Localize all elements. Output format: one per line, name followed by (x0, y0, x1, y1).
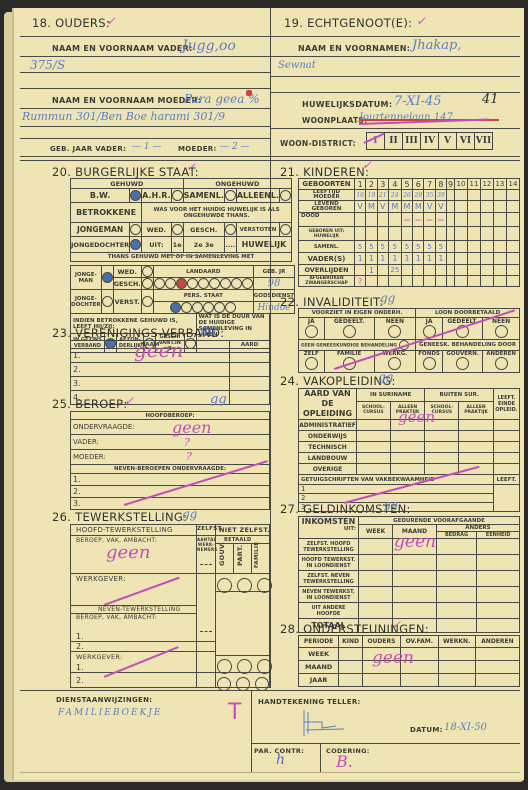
ov-fam-header: OV.FAM. (401, 636, 438, 648)
aard-cell[interactable] (230, 391, 270, 405)
vader-cell[interactable]: 1 (413, 253, 424, 265)
inkomst-cell[interactable] (393, 555, 437, 571)
opleiding-cell[interactable] (425, 442, 459, 453)
vader-cell[interactable]: 1 (355, 253, 366, 265)
levend-cell[interactable]: M (366, 201, 377, 213)
dood-cell[interactable]: — (424, 213, 435, 227)
neven-gouv-radio-1[interactable] (217, 659, 232, 674)
pers-staat-5[interactable] (214, 302, 225, 313)
woonplaats-label: WOONPLAATS: (302, 116, 367, 125)
col-9: 9 (447, 179, 455, 190)
inkomst-cell[interactable] (359, 555, 393, 571)
inkomst-cell[interactable] (477, 587, 520, 603)
col-7: 7 (424, 179, 435, 190)
gouvern-radio[interactable] (456, 357, 469, 370)
dienstaanwijzingen-label: DIENSTAANWIJZINGEN: (56, 696, 152, 704)
landaard-6[interactable] (209, 278, 220, 289)
dood-cell[interactable] (455, 213, 468, 227)
verstoten-radio[interactable] (280, 224, 291, 235)
leeftijd-cell[interactable] (467, 190, 480, 201)
samenl-cell[interactable] (480, 241, 493, 253)
aard-opleiding-label: AARD VAN DE OPLEIDING (299, 389, 357, 420)
levend-cell[interactable] (506, 201, 519, 213)
opleiding-cell[interactable] (459, 442, 494, 453)
neen-2-radio[interactable] (495, 325, 508, 338)
overlijden-cell[interactable] (424, 265, 435, 276)
pers-staat-3[interactable] (192, 302, 203, 313)
neven-familie-radio-2[interactable] (255, 677, 269, 691)
steun-cell[interactable] (339, 674, 363, 687)
opleiding-cell[interactable] (390, 442, 425, 453)
vader-cell[interactable]: 1 (435, 253, 446, 265)
afgebroken-cell[interactable] (366, 276, 377, 287)
inkomst-cell[interactable] (359, 571, 393, 587)
levend-cell[interactable] (493, 201, 506, 213)
dood-cell[interactable] (377, 213, 388, 227)
afgebroken-cell[interactable] (388, 276, 401, 287)
overlijden-cell[interactable] (480, 265, 493, 276)
neven-row-3[interactable]: 3. (71, 498, 270, 510)
landaard-9[interactable] (242, 278, 253, 289)
inkomst-cell[interactable] (436, 539, 476, 555)
overlijden-cell[interactable] (413, 265, 424, 276)
rule (20, 138, 270, 139)
leeftijd-cell[interactable] (447, 190, 455, 201)
inkomst-hoofd-loondienst: HOOFD TEWERKST. IN LOONDIENST (299, 555, 359, 571)
steun-cell[interactable] (438, 661, 475, 674)
dood-cell[interactable] (388, 213, 401, 227)
opleiding-cell[interactable] (494, 442, 520, 453)
fonds-radio[interactable] (423, 357, 436, 370)
rule (20, 108, 270, 109)
inkomst-cell[interactable] (393, 571, 437, 587)
huwelijksdatum-value[interactable]: 7-XI-45 (394, 94, 442, 109)
gedeelt-1-radio[interactable] (343, 325, 356, 338)
anderen-radio[interactable] (495, 357, 508, 370)
dood-cell[interactable] (506, 213, 519, 227)
dood-cell[interactable]: — (401, 213, 412, 227)
inkomst-cell[interactable] (436, 555, 476, 571)
leeftijd-cell[interactable] (493, 190, 506, 201)
handtekening-teller-label: HANDTEKENING TELLER: (258, 698, 361, 706)
huwelijk-cell[interactable] (467, 227, 480, 241)
jongeman-radio[interactable] (130, 224, 141, 235)
inkomst-cell[interactable] (359, 603, 393, 619)
vereniging-row-2[interactable]: 2. (71, 363, 230, 377)
geb-jaar-moeder-value[interactable]: — 2 — (220, 142, 249, 152)
opleiding-cell[interactable] (459, 420, 494, 431)
afgebroken-cell[interactable] (413, 276, 424, 287)
huwelijk-cell[interactable] (447, 227, 455, 241)
geb-jaar-vader-value[interactable]: — 1 — (132, 142, 161, 152)
opleiding-cell[interactable] (425, 453, 459, 464)
rule (20, 36, 270, 37)
district-option-ii[interactable]: II (385, 133, 403, 150)
neen-1-radio[interactable] (388, 325, 401, 338)
opleiding-landbouw: LANDBOUW (299, 453, 357, 464)
levend-cell[interactable] (480, 201, 493, 213)
par-contr-value[interactable]: h (276, 752, 285, 768)
samenl-cell[interactable]: 5 (413, 241, 424, 253)
ondervraagde-value[interactable]: geen (172, 418, 211, 437)
levend-cell[interactable] (455, 201, 468, 213)
overlijden-cell[interactable] (435, 265, 446, 276)
rule (270, 76, 520, 77)
levend-cell[interactable]: M (401, 201, 412, 213)
dood-cell[interactable] (366, 213, 377, 227)
levend-cell[interactable]: M (413, 201, 424, 213)
echtgenoot-name-value[interactable]: Jhakap, (412, 38, 461, 53)
pers-staat-6[interactable] (225, 302, 236, 313)
steun-cell[interactable] (438, 674, 475, 687)
alleenl-radio[interactable] (280, 190, 291, 201)
huwelijk-cell[interactable] (388, 227, 401, 241)
landaard-5[interactable] (198, 278, 209, 289)
afgebroken-cell[interactable] (467, 276, 480, 287)
inkomst-cell[interactable] (477, 603, 520, 619)
neven-familie-radio-1[interactable] (257, 659, 272, 674)
leeft-einde-label: LEEFT. EINDE OPLEID. (494, 389, 520, 420)
ord-2[interactable]: 2e (194, 241, 203, 249)
neven-beroep-row-1[interactable]: 1. (76, 632, 84, 641)
landaard-4[interactable] (187, 278, 198, 289)
vader-beroep-value[interactable]: ? (184, 436, 190, 449)
school-cursus-1-label: SCHOOL-CURSUS (357, 401, 391, 419)
afgebroken-cell[interactable] (435, 276, 446, 287)
samenl-cell[interactable] (506, 241, 519, 253)
samenl-cell[interactable]: 5 (388, 241, 401, 253)
samenl-cell[interactable]: 5 (355, 241, 366, 253)
inkomst-cell[interactable] (477, 619, 520, 633)
afgebroken-cell[interactable] (424, 276, 435, 287)
opleiding-cell[interactable] (390, 453, 425, 464)
inkomst-cell[interactable] (477, 571, 520, 587)
rule (20, 690, 520, 691)
thans-gehuwd-table: JONGE-MAN WED. LANDAARD GEB. JR GESCH. 9… (70, 265, 295, 314)
landaard-1[interactable] (154, 278, 165, 289)
inkomst-cell[interactable] (359, 587, 393, 603)
leeftijd-cell[interactable]: 21 (377, 190, 388, 201)
huwelijk-cell[interactable] (493, 227, 506, 241)
samenl-cell[interactable]: 5 (366, 241, 377, 253)
moeder-beroep-value[interactable]: ? (186, 450, 192, 463)
afgebroken-cell[interactable] (377, 276, 388, 287)
samenl-cell[interactable] (455, 241, 468, 253)
samenl-radio[interactable] (225, 190, 236, 201)
levend-cell[interactable] (447, 201, 455, 213)
steun-cell[interactable] (401, 674, 438, 687)
opleiding-cell[interactable] (494, 464, 520, 475)
gesch-label: GESCH. (183, 223, 224, 237)
leeftijd-cell[interactable] (480, 190, 493, 201)
huwelijk-cell[interactable] (355, 227, 366, 241)
huwelijk-cell[interactable] (413, 227, 424, 241)
steun-cell[interactable] (438, 648, 475, 661)
afgebroken-cell[interactable] (480, 276, 493, 287)
steun-cell[interactable] (339, 661, 363, 674)
opleiding-cell[interactable] (459, 453, 494, 464)
opleiding-overige: OVERIGE (299, 464, 357, 475)
vader-cell[interactable]: 1 (424, 253, 435, 265)
opleiding-cell[interactable] (357, 431, 391, 442)
overlijden-cell[interactable] (447, 265, 455, 276)
pers-staat-2[interactable] (181, 302, 192, 313)
overlijden-cell[interactable] (401, 265, 412, 276)
landaard-3[interactable] (176, 278, 187, 289)
overlijden-cell[interactable] (506, 265, 519, 276)
uit-label: UIT: (142, 237, 171, 253)
woon-district-label: WOON-DISTRICT: (280, 139, 356, 148)
leeftijd-cell[interactable]: 26 (401, 190, 412, 201)
overlijden-cell[interactable] (455, 265, 468, 276)
overlijden-cell[interactable] (493, 265, 506, 276)
steun-cell[interactable] (362, 674, 400, 687)
afgebroken-cell[interactable] (506, 276, 519, 287)
opleiding-cell[interactable] (459, 431, 494, 442)
geb-jaar-vader-label: GEB. JAAR VADER: (50, 145, 126, 153)
geb-jr-value[interactable]: 98 (253, 278, 294, 290)
pers-staat-label: PERS. STAAT (153, 290, 253, 302)
ord-3[interactable]: 3e (205, 241, 214, 249)
district-option-v[interactable]: V (439, 133, 457, 150)
dood-cell[interactable]: — (413, 213, 424, 227)
geldinkomsten-value[interactable]: geen (394, 532, 436, 552)
section-19-title: 19. ECHTGENOOT(E): (284, 16, 412, 30)
col-4: 4 (388, 179, 401, 190)
afgebroken-cell[interactable]: ? (355, 276, 366, 287)
jonge-man-radio[interactable] (102, 272, 113, 283)
huwelijk-cell[interactable] (435, 227, 446, 241)
leeftijd-cell[interactable]: 39 (435, 190, 446, 201)
vader-cell[interactable] (467, 253, 480, 265)
inkomst-cell[interactable] (359, 539, 393, 555)
ja-1-radio[interactable] (305, 325, 318, 338)
moeder-name-value-2[interactable]: Rummun 301/Ben Boe harami 301/9 (22, 110, 225, 123)
ongehuwd-header: ONGEHUWD (183, 179, 291, 189)
afgebroken-cell[interactable] (447, 276, 455, 287)
leeftijd-cell[interactable]: 24 (388, 190, 401, 201)
district-option-vii[interactable]: VII (475, 133, 493, 150)
check-mark: ✓ (106, 14, 116, 28)
vader-cell[interactable] (455, 253, 468, 265)
steun-cell[interactable] (475, 674, 519, 687)
codering-value[interactable]: B. (336, 752, 353, 771)
steun-cell[interactable] (339, 648, 363, 661)
leeftijd-cell[interactable]: 29 (413, 190, 424, 201)
aard-cell[interactable] (230, 363, 270, 377)
aard-cell[interactable] (230, 349, 270, 363)
wed-radio[interactable] (172, 224, 183, 235)
opleiding-cell[interactable] (425, 431, 459, 442)
opleiding-cell[interactable] (357, 442, 391, 453)
dood-cell[interactable] (480, 213, 493, 227)
opleiding-administratief: ADMINISTRATIEF (299, 420, 357, 431)
aard-cell[interactable] (230, 377, 270, 391)
jonge-dochter-label: JONGE-DOCHTER (71, 290, 102, 314)
bw-radio[interactable] (130, 190, 141, 201)
vereniging-row-3[interactable]: 3. (71, 377, 230, 391)
landaard-7[interactable] (220, 278, 231, 289)
inkomst-cell[interactable] (436, 571, 476, 587)
pers-staat-4[interactable] (203, 302, 214, 313)
steun-cell[interactable] (475, 661, 519, 674)
steun-cell[interactable] (475, 648, 519, 661)
afgebroken-cell[interactable] (493, 276, 506, 287)
huwelijk-cell[interactable] (401, 227, 412, 241)
neven-row-2[interactable]: 2. (71, 486, 270, 498)
inkomst-cell[interactable] (436, 603, 476, 619)
samenl-cell[interactable]: 5 (401, 241, 412, 253)
opleiding-cell[interactable] (357, 453, 391, 464)
census-card: 18. OUDERS: ✓ NAAM EN VOORNAAM VADER: Ju… (12, 8, 524, 780)
vader-name-value[interactable]: Jugg,oo (182, 38, 236, 54)
inkomst-cell[interactable] (393, 603, 437, 619)
dood-cell[interactable] (467, 213, 480, 227)
samenl-label: SAMENL. (299, 241, 355, 253)
samenl-cell[interactable] (467, 241, 480, 253)
ahr-radio[interactable] (172, 190, 183, 201)
district-option-vi[interactable]: VI (457, 133, 475, 150)
gesch2-radio[interactable] (142, 278, 153, 289)
samenl-cell[interactable] (493, 241, 506, 253)
col-12: 12 (480, 179, 493, 190)
samenl-cell[interactable]: 5 (377, 241, 388, 253)
aard-header: AARD (230, 341, 270, 349)
overlijden-cell[interactable] (355, 265, 366, 276)
vader-cell[interactable]: 1 (401, 253, 412, 265)
dienstaanwijzingen-value[interactable]: FAMILIEBOEKJE (58, 708, 162, 718)
vader-name-value-2[interactable]: 375/S (30, 58, 65, 72)
kinderen-table: GEBOORTEN 1 2 3 4 5 6 7 8 9 10 11 12 13 … (298, 178, 520, 287)
vader-cell[interactable]: 1 (377, 253, 388, 265)
huwelijk-cell[interactable] (480, 227, 493, 241)
werkg-radio[interactable] (388, 357, 401, 370)
levend-cell[interactable]: V (355, 201, 366, 213)
neven-werkgever-row-2[interactable]: 2. (76, 676, 84, 685)
inkomst-cell[interactable] (477, 555, 520, 571)
landaard-8[interactable] (231, 278, 242, 289)
dood-cell[interactable]: — (435, 213, 446, 227)
verst-radio[interactable] (142, 296, 153, 307)
leeftijd-cell[interactable]: 35 (424, 190, 435, 201)
echtgenoot-name-value-2[interactable]: Sewnat (278, 60, 316, 71)
gehuwd-header: GEHUWD (71, 179, 184, 189)
vakopleiding-value[interactable]: geen (398, 408, 435, 426)
inkomst-cell[interactable] (477, 539, 520, 555)
huwelijk-cell[interactable] (455, 227, 468, 241)
district-option-iv[interactable]: IV (421, 133, 439, 150)
levend-cell[interactable]: V (377, 201, 388, 213)
levend-cell[interactable]: M (388, 201, 401, 213)
neven-gouv-radio-2[interactable] (217, 677, 231, 691)
huwelijk-cell[interactable] (424, 227, 435, 241)
district-option-iii[interactable]: III (403, 133, 421, 150)
opleiding-cell[interactable] (390, 464, 425, 475)
gouv-label: GOUV. (218, 542, 226, 566)
leeftijd-cell[interactable]: 19 (366, 190, 377, 201)
vader-cell[interactable] (447, 253, 455, 265)
pers-staat-1[interactable] (170, 302, 181, 313)
datum-value[interactable]: 18-XI-50 (444, 722, 487, 733)
getuig-leeft-cell[interactable] (494, 485, 520, 512)
opleiding-cell[interactable] (494, 453, 520, 464)
samenl-cell[interactable]: 5 (435, 241, 446, 253)
teller-mark: T (228, 700, 241, 725)
vader-cell[interactable]: 1 (366, 253, 377, 265)
gesch-radio[interactable] (225, 224, 236, 235)
opleiding-cell[interactable] (494, 420, 520, 431)
rule (270, 128, 520, 129)
leeftijd-cell[interactable] (455, 190, 468, 201)
neven-beroep-row-2[interactable]: 2. (76, 642, 84, 651)
alleen-praktijk-2-label: ALLEEN PRAKTIJK (459, 401, 494, 419)
rule (20, 772, 520, 773)
geb-jaar-moeder-label: MOEDER: (178, 145, 217, 153)
wed2-radio[interactable] (142, 266, 153, 277)
vader-beroep-label: VADER: (71, 435, 270, 450)
samenl-label: SAMENL. (183, 189, 224, 203)
afgebroken-cell[interactable] (401, 276, 412, 287)
levend-cell[interactable] (467, 201, 480, 213)
werkgever-label: WERKGEVER: (76, 575, 126, 583)
jonge-dochter-radio[interactable] (102, 296, 113, 307)
leeftijd-cell[interactable]: 16 (355, 190, 366, 201)
huwelijk-cell[interactable] (366, 227, 377, 241)
levend-cell[interactable]: V (424, 201, 435, 213)
overlijden-cell[interactable]: 25 (388, 265, 401, 276)
vader-cell[interactable] (493, 253, 506, 265)
levend-cell[interactable]: V (435, 201, 446, 213)
overlijden-cell[interactable] (377, 265, 388, 276)
inkomst-cell[interactable] (436, 619, 476, 633)
vader-cell[interactable] (480, 253, 493, 265)
opleiding-cell[interactable] (357, 420, 391, 431)
dood-cell[interactable] (355, 213, 366, 227)
check-mark: ✓ (362, 158, 372, 172)
ord-1[interactable]: 1e (173, 241, 182, 249)
rule (70, 535, 196, 536)
neven-row-1[interactable]: 1. (71, 474, 270, 486)
afgebroken-cell[interactable] (455, 276, 468, 287)
neven-part-radio-2[interactable] (236, 677, 250, 691)
burgerlijke-staat-table: GEHUWD ONGEHUWD B.W. A.H.R. SAMENL. ALLE… (70, 178, 292, 262)
beroep-vak-value[interactable]: geen (106, 542, 150, 563)
vader-cell[interactable] (506, 253, 519, 265)
samenl-cell[interactable]: 5 (424, 241, 435, 253)
overlijden-cell[interactable] (467, 265, 480, 276)
opleiding-cell[interactable] (390, 431, 425, 442)
opleiding-cell[interactable] (357, 464, 391, 475)
vader-cell[interactable]: 1 (388, 253, 401, 265)
opleiding-cell[interactable] (494, 431, 520, 442)
leeftijd-cell[interactable] (506, 190, 519, 201)
samenl-cell[interactable] (447, 241, 455, 253)
inkomst-cell[interactable] (436, 587, 476, 603)
huwelijk-cell[interactable] (506, 227, 519, 241)
neven-part-radio-1[interactable] (237, 659, 252, 674)
zelf-radio[interactable] (305, 357, 318, 370)
neven-werkgever-row-1[interactable]: 1. (76, 663, 84, 672)
huwelijk-cell[interactable] (377, 227, 388, 241)
landaard-2[interactable] (165, 278, 176, 289)
ondersteuningen-value[interactable]: geen (372, 648, 414, 668)
jongedochter-radio[interactable] (130, 239, 141, 250)
inkomst-cell[interactable] (393, 587, 437, 603)
overlijden-cell[interactable]: 1 (366, 265, 377, 276)
dood-cell[interactable] (447, 213, 455, 227)
getuigschriften-label: GETUIGSCHRIFTEN VAN VAKBEKWAAMHEID (299, 475, 494, 485)
dood-cell[interactable] (493, 213, 506, 227)
